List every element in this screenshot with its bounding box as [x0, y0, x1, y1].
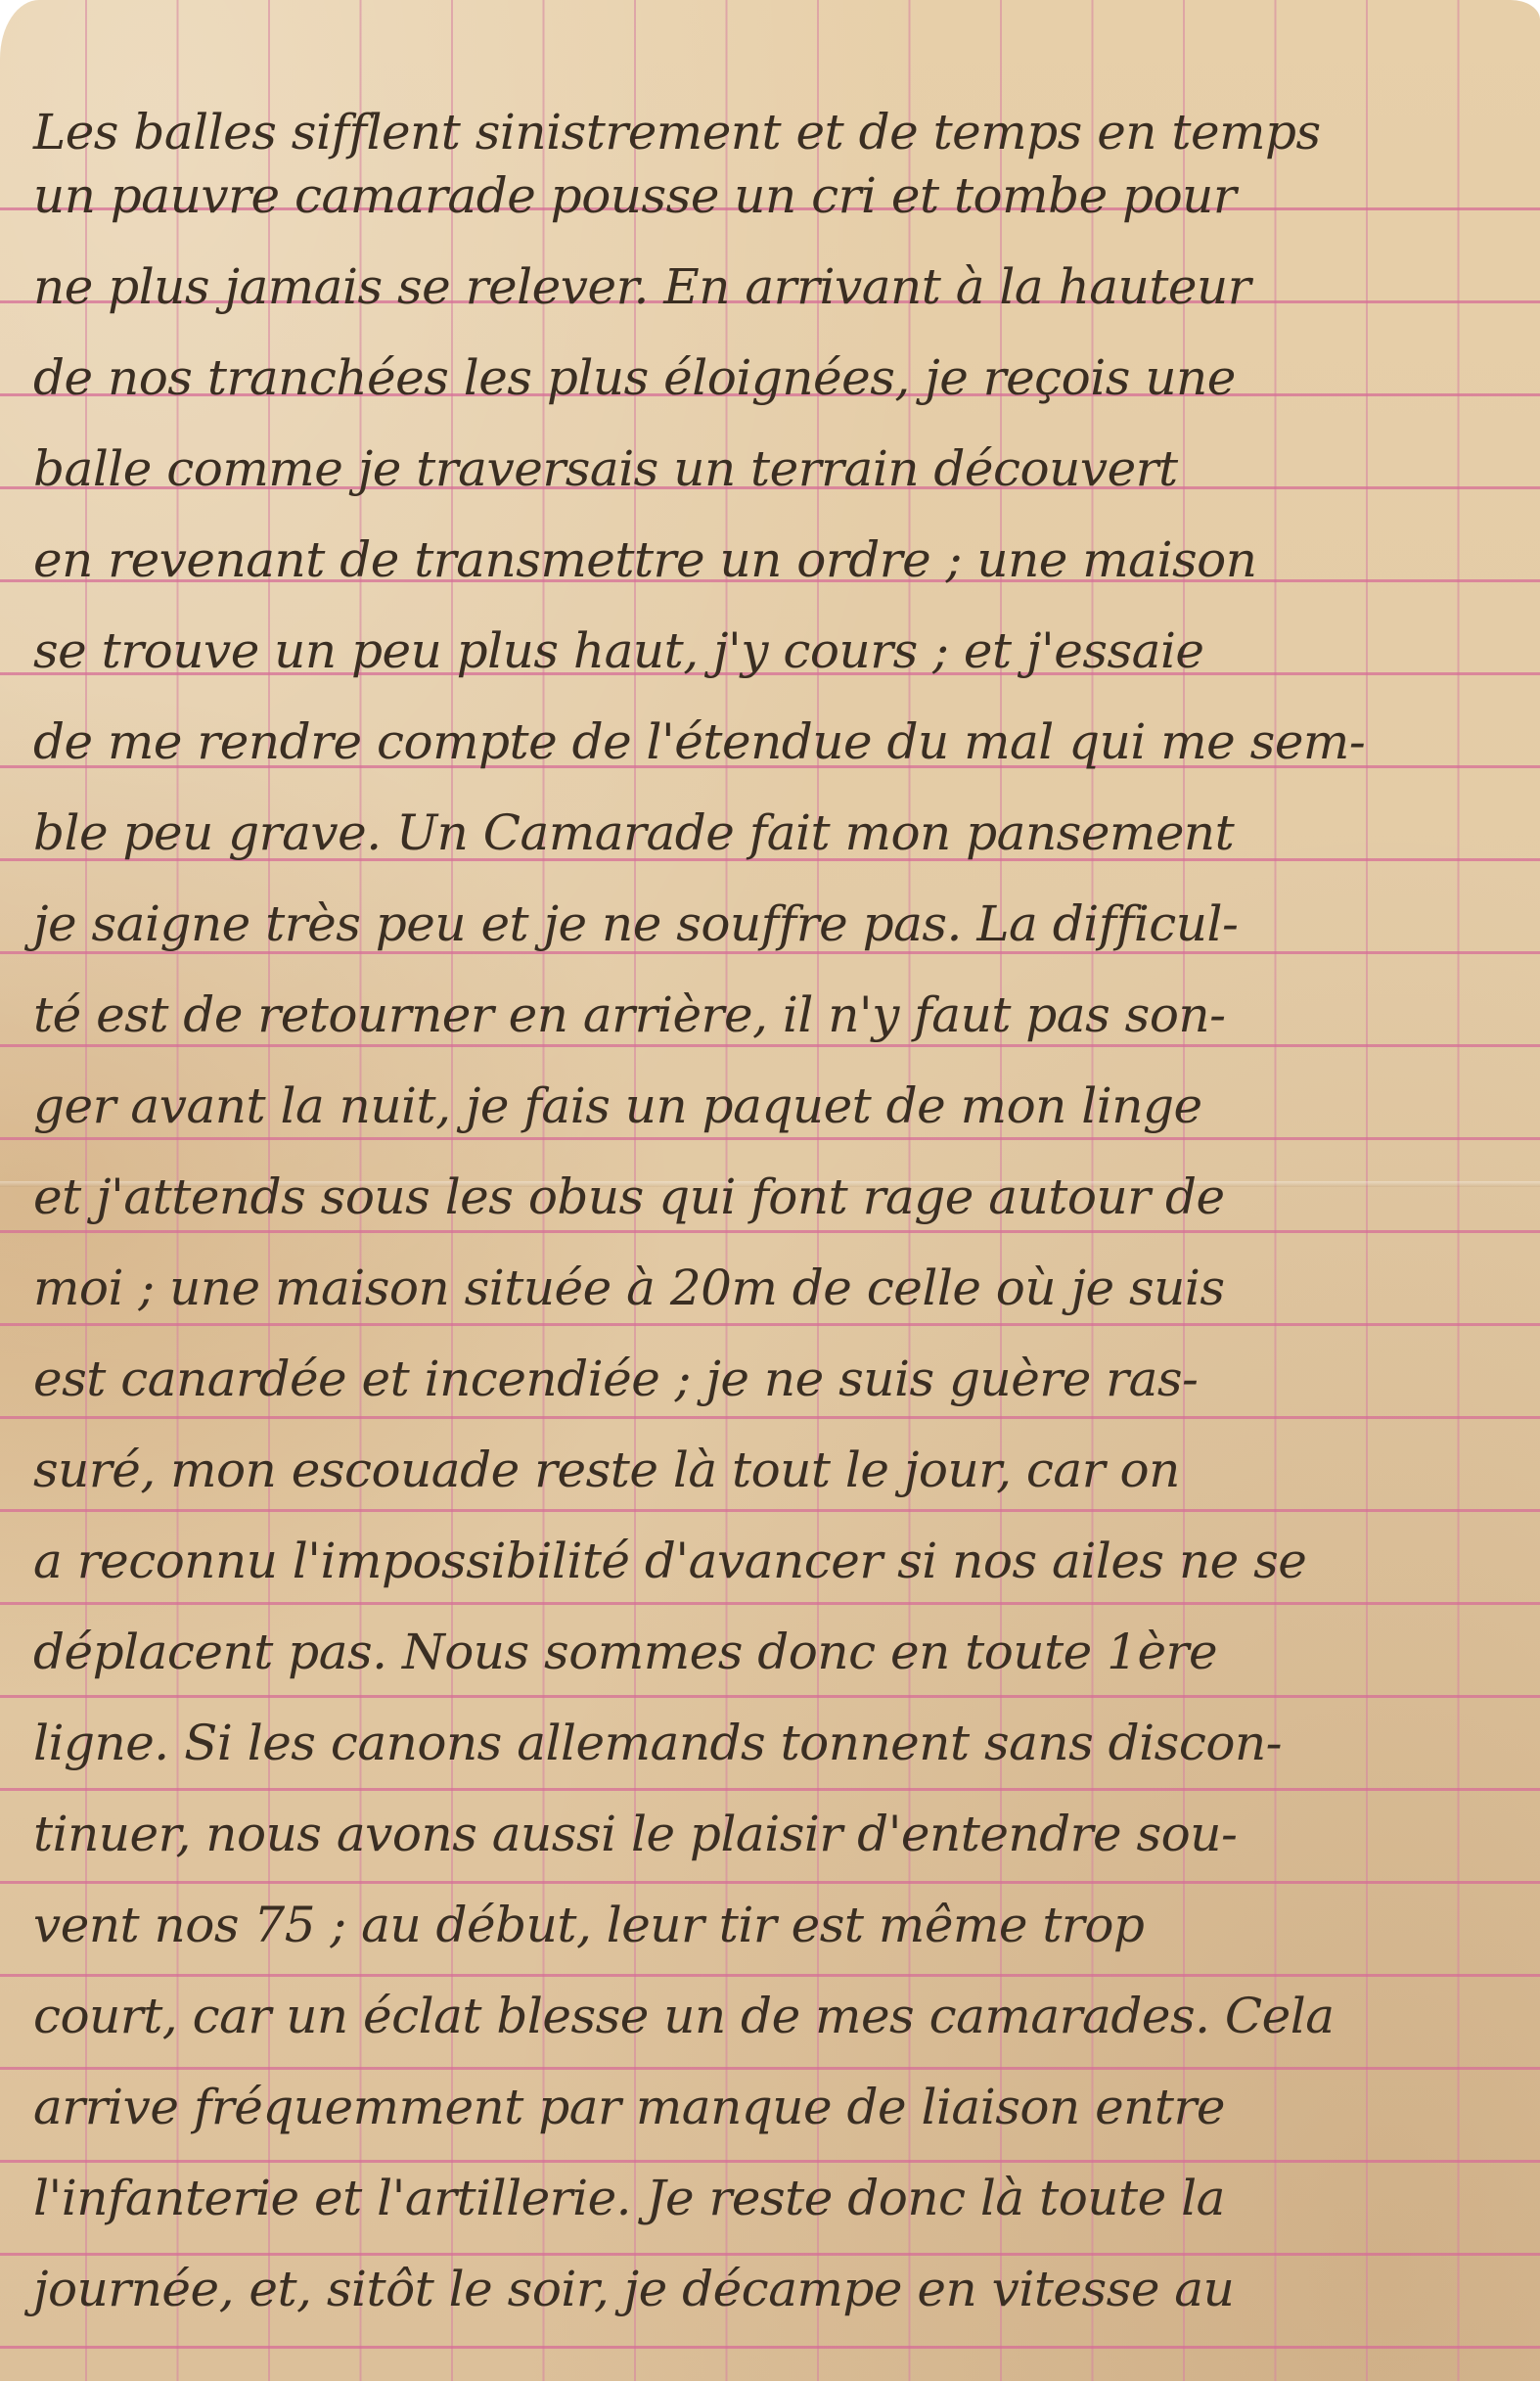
text-line: est canardée et incendiée ; je ne suis g… [33, 1350, 1530, 1408]
text-line: vent nos 75 ; au début, leur tir est mêm… [33, 1896, 1530, 1954]
text-line: ne plus jamais se relever. En arrivant à… [33, 257, 1530, 316]
text-line: a reconnu l'impossibilité d'avancer si n… [33, 1532, 1530, 1590]
text-line: ger avant la nuit, je fais un paquet de … [33, 1076, 1530, 1135]
text-line: suré, mon escouade reste là tout le jour… [33, 1441, 1530, 1499]
text-line: en revenant de transmettre un ordre ; un… [33, 530, 1530, 589]
text-line: ligne. Si les canons allemands tonnent s… [33, 1714, 1530, 1772]
text-line: arrive fréquemment par manque de liaison… [33, 2078, 1530, 2136]
text-line: l'infanterie et l'artillerie. Je reste d… [33, 2169, 1530, 2227]
text-line: journée, et, sitôt le soir, je décampe e… [33, 2260, 1530, 2318]
text-line: té est de retourner en arrière, il n'y f… [33, 985, 1530, 1044]
text-line: se trouve un peu plus haut, j'y cours ; … [33, 621, 1530, 680]
text-line: je saigne très peu et je ne souffre pas.… [33, 894, 1530, 953]
text-line: déplacent pas. Nous sommes donc en toute… [33, 1623, 1530, 1681]
text-line: un pauvre camarade pousse un cri et tomb… [33, 166, 1530, 225]
text-line: tinuer, nous avons aussi le plaisir d'en… [33, 1805, 1530, 1863]
text-line: et j'attends sous les obus qui font rage… [33, 1168, 1530, 1226]
text-line: ble peu grave. Un Camarade fait mon pans… [33, 803, 1530, 862]
text-line: de me rendre compte de l'étendue du mal … [33, 712, 1530, 771]
text-line: moi ; une maison située à 20m de celle o… [33, 1259, 1530, 1317]
text-line: court, car un éclat blesse un de mes cam… [33, 1987, 1530, 2045]
text-line: Les balles sifflent sinistrement et de t… [33, 103, 1530, 161]
text-line: de nos tranchées les plus éloignées, je … [33, 348, 1530, 407]
text-line: balle comme je traversais un terrain déc… [33, 439, 1530, 498]
letter-page: Les balles sifflent sinistrement et de t… [0, 0, 1540, 2381]
